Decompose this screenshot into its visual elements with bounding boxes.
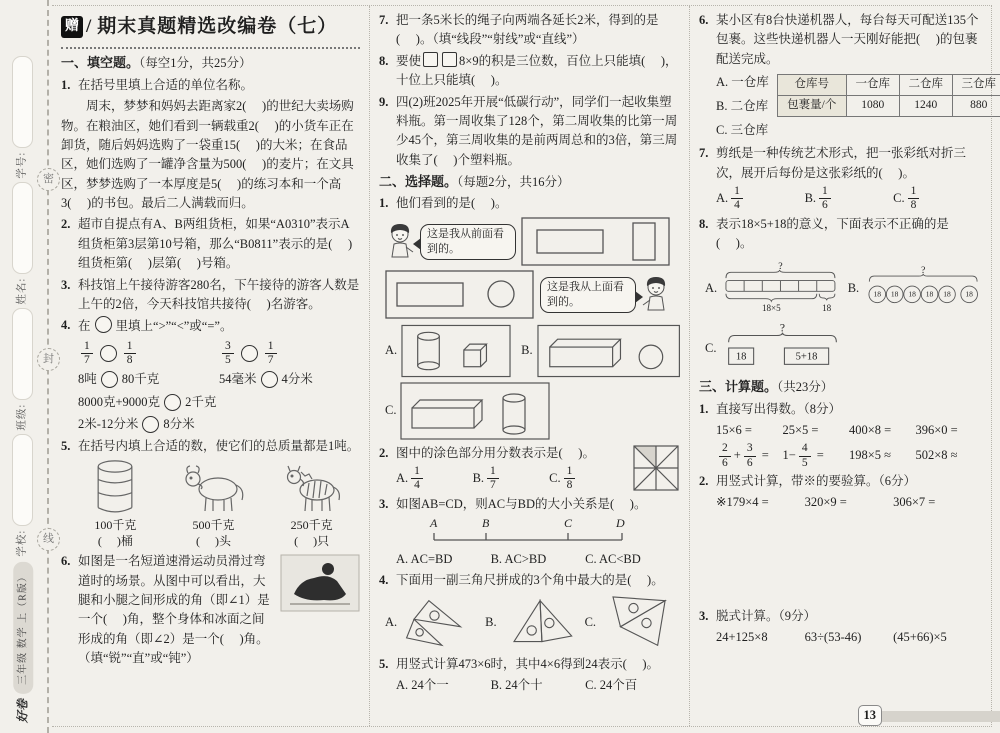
- question-1-body: 周末，梦梦和妈妈去距离家2( )的世纪大卖场购物。在粮油区，她们看到一辆载重2(…: [61, 97, 360, 213]
- choice-3: 3.如图AB=CD，则AC与BD的大小关系是( )。: [379, 495, 680, 514]
- question-3: 3.科技馆上午接待游客280名，下午接待的游客人数是上午的2倍，今天科技馆共接待…: [61, 276, 360, 315]
- triangle-pair-c: [600, 595, 680, 651]
- fraction: 36: [744, 442, 756, 469]
- fraction: 18: [908, 185, 920, 212]
- section-1-heading: 一、填空题。（每空1分，共25分）: [61, 53, 360, 73]
- shaded-square-diagram: [632, 444, 680, 492]
- choice-5-options: A. 24个一 B. 24个十 C. 24个百: [396, 676, 680, 695]
- column-left: 赠 / 期末真题精选改编卷（七） 一、填空题。（每空1分，共25分） 1.在括号…: [52, 6, 369, 726]
- triangle-pair-b: [501, 597, 581, 649]
- choice-6: 6.某小区有8台快递机器人，每台每天可配送135个包裹。这些快递机器人一天刚好能…: [699, 11, 982, 69]
- paper-title: 期末真题精选改编卷（七）: [97, 12, 337, 41]
- paper-header: 赠 / 期末真题精选改编卷（七）: [61, 9, 360, 49]
- calc-1-row-1: 15×6 = 25×5 = 400×8 = 396×0 =: [716, 421, 982, 440]
- fraction: 26: [719, 442, 731, 469]
- digit-blank-box: [442, 52, 457, 67]
- option-c-cuboid-cylinder: [400, 382, 550, 440]
- compare-circle: [261, 371, 278, 388]
- compare-circle: [142, 416, 159, 433]
- question-6: 6.如图是一名短道速滑运动员滑过弯道时的场景。从图中可以看出，大腿和小腿之间形成…: [61, 552, 360, 668]
- fraction: 45: [799, 442, 811, 469]
- section-3-heading: 三、计算题。（共23分）: [699, 377, 982, 397]
- fraction: 14: [411, 465, 423, 492]
- class-box: [12, 308, 33, 400]
- fraction: 14: [731, 185, 743, 212]
- choice-8-diagrams-ab: A. ? 18×5 18 B. ?: [705, 257, 982, 319]
- choice-6-options-and-table: A. 一仓库 B. 二仓库 C. 三仓库 仓库号 一仓库 二仓库 三仓库 包裹量…: [716, 71, 982, 142]
- q4-row-units-2: 8000克+9000克2千克: [78, 393, 360, 412]
- page-footer-bar: [882, 711, 1000, 722]
- circle-18: 18: [926, 290, 934, 299]
- speech-bubble-front: 这是我从前面看到的。: [420, 224, 516, 260]
- calc-2-row: ※179×4 = 320×9 = 306×7 =: [716, 493, 982, 512]
- circle-18: 18: [943, 290, 951, 299]
- circle-18: 18: [966, 290, 974, 299]
- bar-model-diagram-a: ? 18×5 18: [721, 257, 842, 319]
- compare-circle: [95, 316, 112, 333]
- calc-1: 1.直接写出得数。（8分）: [699, 400, 982, 419]
- box-model-diagram-c: ? 18 5+18: [720, 323, 870, 373]
- warehouse-table: 仓库号 一仓库 二仓库 三仓库 包裹量/个 1080 1240 880: [777, 74, 1000, 117]
- choice-8-diagram-c: C. ? 18 5+18: [705, 323, 982, 373]
- choice-7: 7.剪纸是一种传统艺术形式，把一张彩纸对折三次，展开后每份是这张彩纸的( )。: [699, 144, 982, 183]
- working-space: [699, 515, 982, 605]
- student-id-box: [12, 56, 33, 148]
- choice-1-options-ab: A. B.: [385, 324, 680, 378]
- front-view-diagram: [521, 217, 671, 267]
- book-edition-pill: 三年级 数学 上（R版）: [10, 562, 36, 694]
- table-header-row: 仓库号 一仓库 二仓库 三仓库: [777, 75, 1000, 96]
- fraction: 18: [124, 340, 136, 367]
- circle-18: 18: [909, 290, 917, 299]
- choice-4-figures: A. B. C.: [385, 595, 680, 651]
- question-1: 1.在括号里填上合适的单位名称。: [61, 76, 360, 95]
- fraction: 18: [564, 465, 576, 492]
- page-number: 13: [858, 705, 883, 726]
- speech-bubble-top: 这是我从上面看到的。: [540, 277, 636, 313]
- barrel-drawing: [92, 459, 138, 517]
- fraction: 17: [487, 465, 499, 492]
- brand-logo: 好卷: [10, 694, 36, 728]
- cow-figure: 500千克 ( )头: [165, 459, 262, 551]
- top-view-diagram: [385, 270, 535, 320]
- boy-icon: [385, 222, 415, 262]
- choice-3-options: A. AC=BD B. AC>BD C. AC<BD: [396, 550, 680, 569]
- fraction: 35: [222, 340, 234, 367]
- box-18: 18: [736, 352, 747, 363]
- calc-2: 2.用竖式计算，带※的要验算。（6分）: [699, 472, 982, 491]
- column-middle: 7.把一条5米长的绳子向两端各延长2米，得到的是( )。（填“线段”“射线”或“…: [369, 6, 689, 726]
- question-4: 4.在里填上“>”“<”或“=”。: [61, 316, 360, 336]
- question-5: 5.在括号内填上合适的数，使它们的总质量都是1吨。: [61, 437, 360, 456]
- boy-icon: [641, 275, 671, 315]
- choice-1-front-view: 这是我从前面看到的。: [385, 217, 680, 267]
- point-d-label: D: [615, 516, 625, 530]
- circle-18: 18: [874, 290, 882, 299]
- triangle-pair-a: [401, 597, 481, 649]
- segment-line-diagram: A B C D: [420, 516, 640, 548]
- choice-7-options: A.14 B.16 C.18: [716, 185, 982, 212]
- badge-slash: /: [86, 12, 91, 41]
- circle-model-diagram-b: ? 18 18 18 18 18 18: [863, 261, 982, 315]
- bar-label-18x5: 18×5: [762, 303, 781, 313]
- bar-label-18: 18: [822, 303, 832, 313]
- section-2-heading: 二、选择题。（每题2分，共16分）: [379, 172, 680, 192]
- question-9: 9.四(2)班2025年开展“低碳行动”，同学们一起收集塑料瓶。第一周收集了12…: [379, 93, 680, 171]
- binding-margin: 学号: 姓名: 班级: 学校: 三年级 数学 上（R版） 好卷: [0, 0, 45, 733]
- option-a-cylinder-cube: [401, 324, 511, 378]
- student-id-label: 学号:: [9, 148, 36, 182]
- name-box: [12, 182, 33, 274]
- fraction: 16: [819, 185, 831, 212]
- choice-2-options: A.14 B.17 C.18: [396, 465, 626, 492]
- q4-row-fractions: 1718 3517: [78, 340, 360, 367]
- q4-row-units-3: 2米-12分米8分米: [78, 415, 360, 434]
- school-box: [12, 434, 33, 526]
- question-2: 2.超市自提点有A、B两组货柜，如果“A0310”表示A组货柜第3层第10号箱，…: [61, 215, 360, 273]
- paper-content: 赠 / 期末真题精选改编卷（七） 一、填空题。（每空1分，共25分） 1.在括号…: [52, 5, 992, 727]
- column-right: 6.某小区有8台快递机器人，每台每天可配送135个包裹。这些快递机器人一天刚好能…: [689, 6, 991, 726]
- choice-5: 5.用竖式计算473×6时，其中4×6得到24表示( )。: [379, 655, 680, 674]
- point-a-label: A: [429, 516, 438, 530]
- zebra-figure: 250千克 ( )只: [263, 459, 360, 551]
- choice-1-option-c: C.: [385, 382, 680, 440]
- question-7: 7.把一条5米长的绳子向两端各延长2米，得到的是( )。（填“线段”“射线”或“…: [379, 11, 680, 50]
- compare-circle: [100, 345, 117, 362]
- choice-1: 1.他们看到的是( )。: [379, 194, 680, 213]
- circle-18: 18: [891, 290, 899, 299]
- class-label: 班级:: [9, 400, 36, 434]
- choice-6-options: A. 一仓库 B. 二仓库 C. 三仓库: [716, 71, 769, 142]
- option-b-cuboid-circle: [537, 324, 680, 378]
- question-mark: ?: [778, 261, 782, 272]
- seal-line: 密 封 线: [47, 0, 49, 733]
- working-space: [699, 649, 982, 679]
- point-c-label: C: [564, 516, 573, 530]
- digit-blank-box: [423, 52, 438, 67]
- calc-1-row-2: 26+36 = 1−45 = 198×5 ≈ 502×8 ≈: [716, 442, 982, 469]
- barrel-figure: 100千克 ( )桶: [67, 459, 164, 551]
- fraction: 17: [81, 340, 93, 367]
- q4-row-units-1: 8吨80千克 54毫米4分米: [78, 370, 360, 389]
- choice-8: 8.表示18×5+18的意义，下面表示不正确的是( )。: [699, 215, 982, 254]
- gift-badge: 赠: [61, 16, 83, 38]
- box-5plus18: 5+18: [796, 352, 818, 363]
- name-label: 姓名:: [9, 274, 36, 308]
- question-8: 8.要使8×9的积是三位数，百位上只能填( )，十位上只能填( )。: [379, 52, 680, 91]
- skater-photo: [280, 554, 360, 612]
- point-b-label: B: [482, 516, 490, 530]
- zebra-drawing: [279, 459, 345, 517]
- q5-figures: 100千克 ( )桶: [67, 459, 360, 551]
- fraction: 17: [265, 340, 277, 367]
- choice-2: 2.图中的涂色部分用分数表示是( )。: [379, 444, 680, 463]
- compare-circle: [164, 394, 181, 411]
- choice-4: 4.下面用一副三角尺拼成的3个角中最大的是( )。: [379, 571, 680, 590]
- choice-1-top-view: 这是我从上面看到的。: [385, 270, 680, 320]
- school-label: 学校:: [9, 526, 36, 560]
- table-row: 包裹量/个 1080 1240 880: [777, 95, 1000, 116]
- compare-circle: [101, 371, 118, 388]
- calc-3: 3.脱式计算。（9分）: [699, 607, 982, 626]
- cow-drawing: [178, 459, 250, 517]
- exam-paper-scan: 学号: 姓名: 班级: 学校: 三年级 数学 上（R版） 好卷 密 封 线 赠 …: [0, 0, 1000, 733]
- calc-3-row: 24+125×8 63÷(53-46) (45+66)×5: [716, 628, 982, 647]
- compare-circle: [241, 345, 258, 362]
